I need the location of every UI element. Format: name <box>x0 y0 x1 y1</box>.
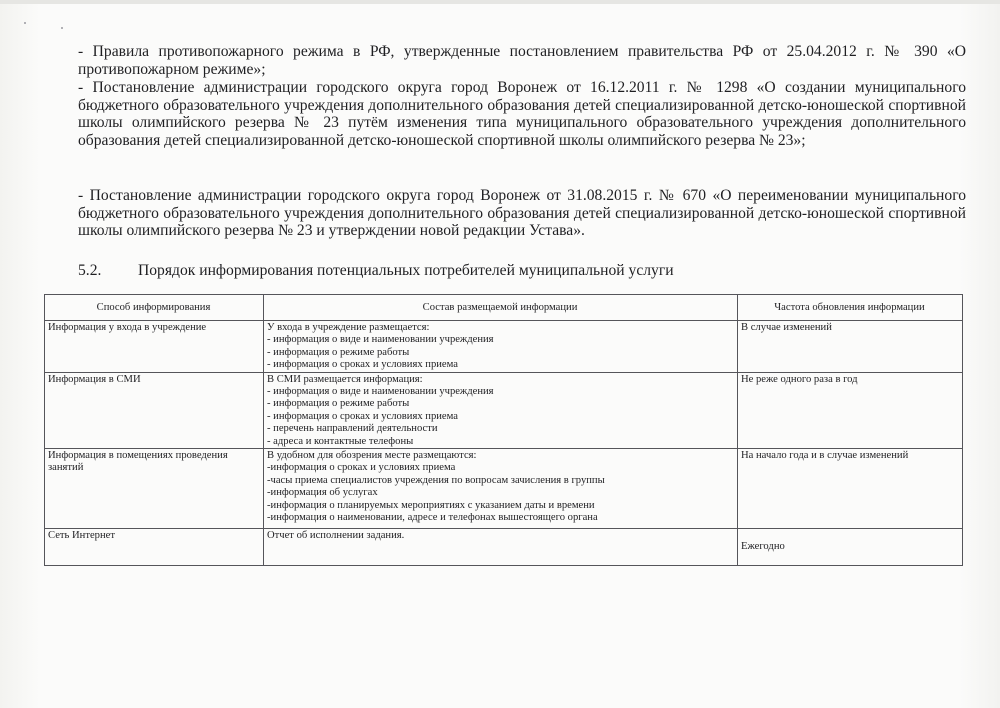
content-line: В удобном для обозрения месте размещаютс… <box>267 450 733 462</box>
content-line: - адреса и контактные телефоны <box>267 436 733 448</box>
content-line: В СМИ размещается информация: <box>267 374 733 386</box>
content-line: - информация о сроках и условиях приема <box>267 411 733 423</box>
table-header-row: Способ информирования Состав размещаемой… <box>45 295 963 321</box>
content-line: - информация о режиме работы <box>267 347 733 359</box>
section-number: 5.2. <box>78 262 138 280</box>
content-line: У входа в учреждение размещается: <box>267 322 733 334</box>
content-line: - информация о режиме работы <box>267 398 733 410</box>
content-line: -информация о сроках и условиях приема <box>267 462 733 474</box>
table-row: Информация у входа в учреждение У входа … <box>45 321 963 373</box>
scan-speck <box>61 27 63 29</box>
content-line: - информация о виде и наименовании учреж… <box>267 386 733 398</box>
cell-content: Отчет об исполнении задания. <box>264 529 738 566</box>
cell-frequency: На начало года и в случае изменений <box>738 449 963 529</box>
header-method: Способ информирования <box>45 295 264 321</box>
scanned-page: - Правила противопожарного режима в РФ, … <box>0 0 1000 708</box>
cell-method: Информация в помещениях проведения занят… <box>45 449 264 529</box>
information-table: Способ информирования Состав размещаемой… <box>44 294 963 566</box>
scan-speck <box>24 22 26 24</box>
cell-method: Сеть Интернет <box>45 529 264 566</box>
cell-method: Информация в СМИ <box>45 372 264 448</box>
paragraph-decree-1298: - Постановление администрации городского… <box>78 79 966 149</box>
paragraph-fire-rules: - Правила противопожарного режима в РФ, … <box>78 43 966 78</box>
scan-edge <box>0 0 1000 4</box>
content-line: - информация о сроках и условиях приема <box>267 359 733 371</box>
content-line: -часы приема специалистов учреждения по … <box>267 475 733 487</box>
content-line: -информация о планируемых мероприятиях с… <box>267 500 733 512</box>
table-row: Сеть Интернет Отчет об исполнении задани… <box>45 529 963 566</box>
cell-content: В СМИ размещается информация: - информац… <box>264 372 738 448</box>
section-title: Порядок информирования потенциальных пот… <box>138 262 674 279</box>
header-frequency: Частота обновления информации <box>738 295 963 321</box>
table-row: Информация в помещениях проведения занят… <box>45 449 963 529</box>
content-line: - перечень направлений деятельности <box>267 423 733 435</box>
content-line: - информация о виде и наименовании учреж… <box>267 334 733 346</box>
header-content: Состав размещаемой информации <box>264 295 738 321</box>
content-line: -информация об услугах <box>267 487 733 499</box>
cell-method: Информация у входа в учреждение <box>45 321 264 373</box>
content-line: -информация о наименовании, адресе и тел… <box>267 512 733 524</box>
cell-frequency: В случае изменений <box>738 321 963 373</box>
cell-content: У входа в учреждение размещается: - инфо… <box>264 321 738 373</box>
paragraph-decree-670: - Постановление администрации городского… <box>78 187 966 240</box>
cell-content: В удобном для обозрения месте размещаютс… <box>264 449 738 529</box>
section-heading: 5.2.Порядок информирования потенциальных… <box>78 262 674 280</box>
cell-frequency: Ежегодно <box>738 529 963 566</box>
cell-frequency: Не реже одного раза в год <box>738 372 963 448</box>
table-row: Информация в СМИ В СМИ размещается инфор… <box>45 372 963 448</box>
content-line: Отчет об исполнении задания. <box>267 530 733 542</box>
